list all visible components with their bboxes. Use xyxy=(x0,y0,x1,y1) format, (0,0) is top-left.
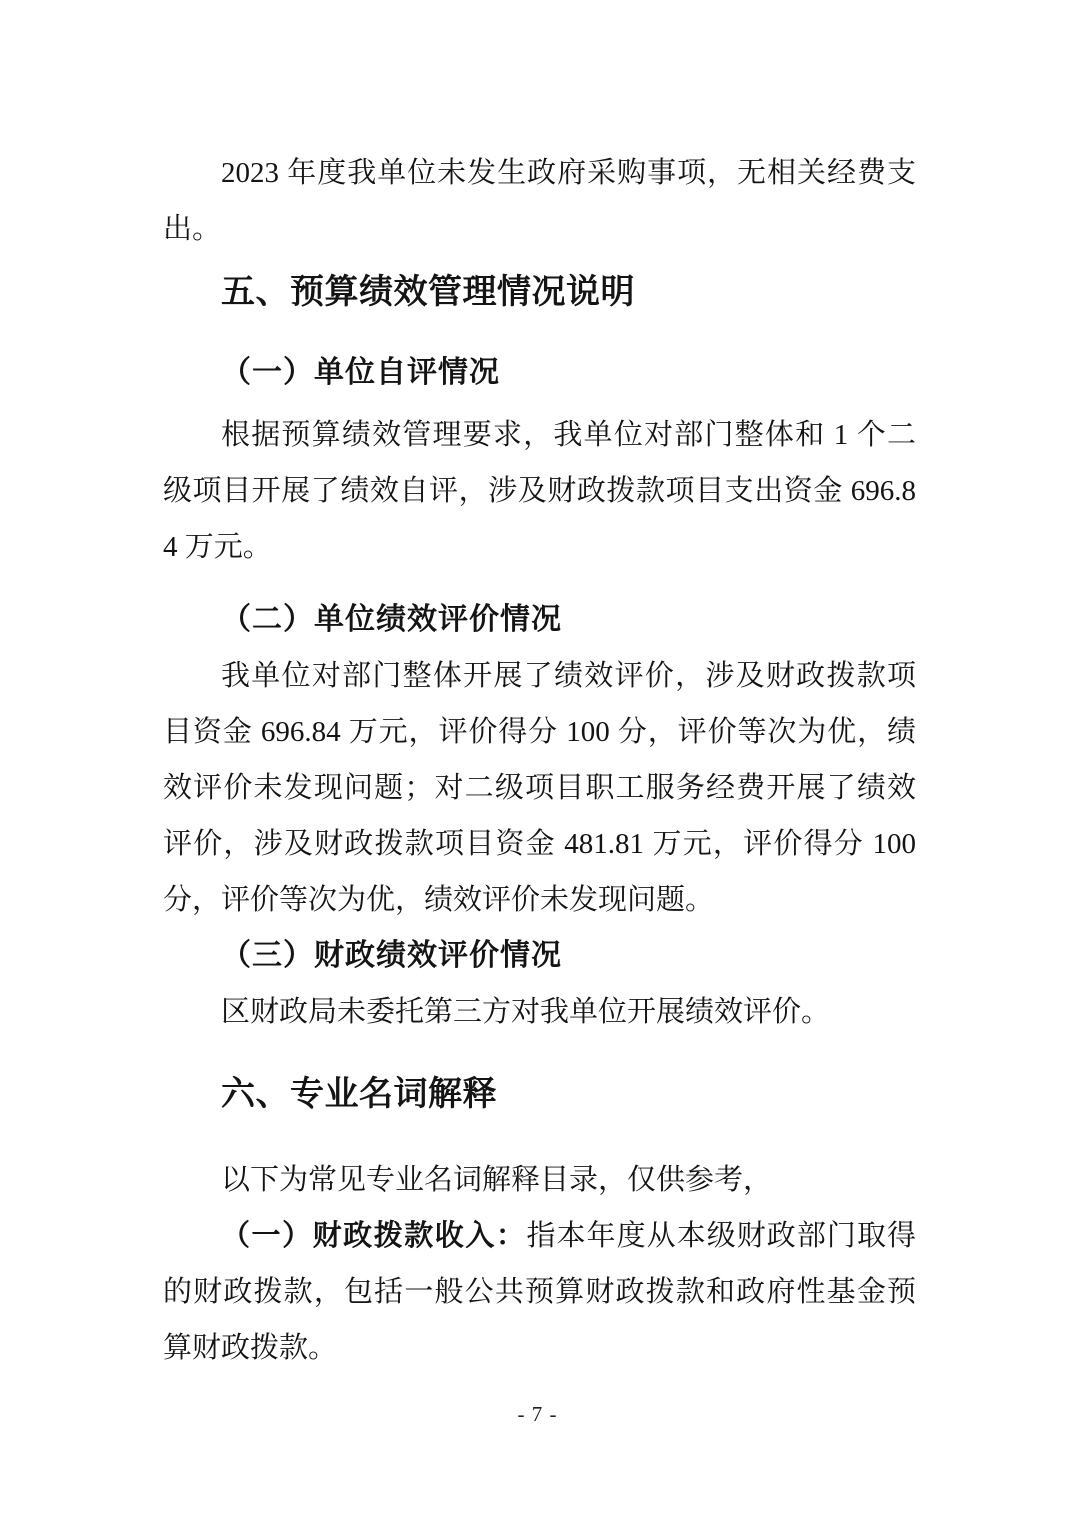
document-content: 2023 年度我单位未发生政府采购事项，无相关经费支出。 五、预算绩效管理情况说… xyxy=(163,145,916,1376)
section5-sub1-heading: （一）单位自评情况 xyxy=(163,345,916,401)
section5-sub3-body: 区财政局未委托第三方对我单位开展绩效评价。 xyxy=(163,984,916,1040)
section5-sub2-heading: （二）单位绩效评价情况 xyxy=(163,592,916,648)
section5-sub3-heading: （三）财政绩效评价情况 xyxy=(163,928,916,984)
document-page: 2023 年度我单位未发生政府采购事项，无相关经费支出。 五、预算绩效管理情况说… xyxy=(0,0,1075,1520)
term-label: （一）财政拨款收入： xyxy=(221,1220,526,1252)
section5-sub1-body: 根据预算绩效管理要求，我单位对部门整体和 1 个二级项目开展了绩效自评，涉及财政… xyxy=(163,407,916,575)
section5-heading: 五、预算绩效管理情况说明 xyxy=(163,264,916,320)
section6-intro: 以下为常见专业名词解释目录，仅供参考， xyxy=(163,1152,916,1208)
term-fiscal-appropriation-income: （一）财政拨款收入：指本年度从本级财政部门取得的财政拨款，包括一般公共预算财政拨… xyxy=(163,1208,916,1376)
section6-heading: 六、专业名词解释 xyxy=(163,1066,916,1122)
page-number: - 7 - xyxy=(0,1402,1075,1427)
section5-sub2-body: 我单位对部门整体开展了绩效评价，涉及财政拨款项目资金 696.84 万元，评价得… xyxy=(163,648,916,928)
paragraph-procurement: 2023 年度我单位未发生政府采购事项，无相关经费支出。 xyxy=(163,145,916,257)
